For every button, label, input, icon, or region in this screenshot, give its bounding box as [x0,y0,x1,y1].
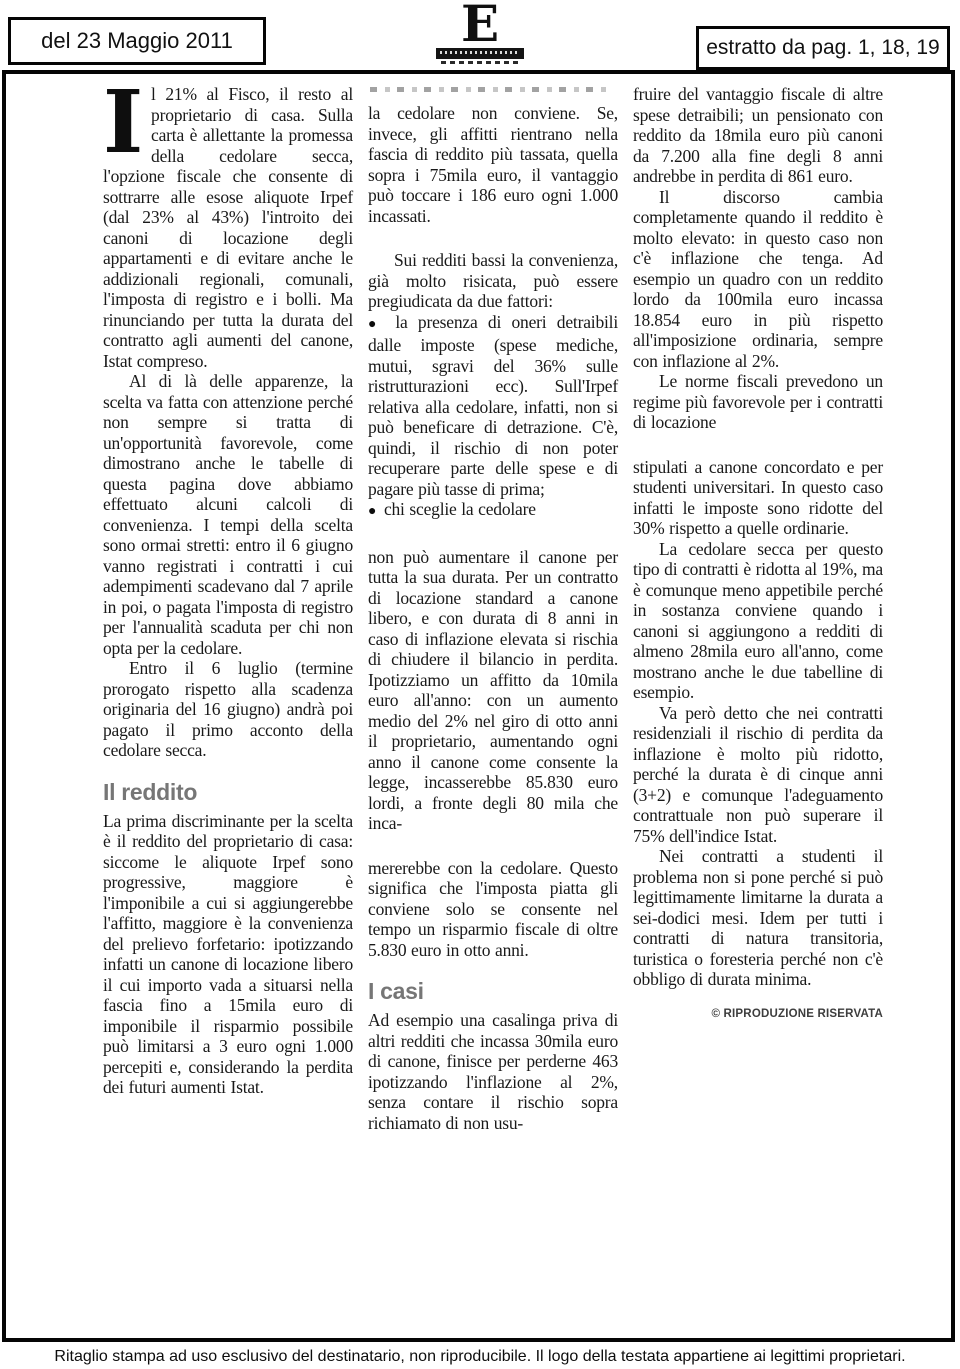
article-column-1: Il 21% al Fisco, il resto al proprietari… [103,84,353,1133]
article-lead-paragraph: Il 21% al Fisco, il resto al proprietari… [103,84,353,371]
logo-smudge-line [441,61,519,64]
article-bullet-item: ● la presenza di oneri detraibili dalle … [368,312,618,500]
publication-logo-letter: E [370,1,590,47]
drop-cap: I [103,84,151,158]
article-paragraph: Il discorso cambia completamente quando … [633,187,883,372]
press-clipping-page: del 23 Maggio 2011 E SETTIMANALE: MILANO… [0,0,960,1369]
article-bullet-item: ● chi sceglie la cedolare [368,499,618,523]
section-subhead: Il reddito [103,779,353,806]
article-paragraph: Sui redditi bassi la convenienza, già mo… [368,250,618,312]
article-clip-frame: Il 21% al Fisco, il resto al proprietari… [2,70,955,1342]
publication-logo-bar [436,48,524,59]
article-paragraph: non può aumentare il canone per tutta la… [368,547,618,834]
article-paragraph: Nei contratti a studenti il problema non… [633,846,883,990]
article-paragraph: fruire del vantaggio fiscale di altre sp… [633,84,883,187]
article-paragraph: la cedolare non conviene. Se, invece, gl… [368,103,618,226]
page-reference-box: estratto da pag. 1, 18, 19 [696,26,950,70]
article-paragraph: La cedolare secca per questo tipo di con… [633,539,883,703]
copyright-notice: © RIPRODUZIONE RISERVATA [633,1008,883,1020]
bullet-icon: ● [368,317,382,332]
article-paragraph: Ad esempio una casalinga priva di altri … [368,1010,618,1133]
bullet-icon: ● [368,504,376,519]
logo-bar-text-placeholder [440,51,520,54]
article-paragraph: mererebbe con la cedolare. Questo signif… [368,858,618,961]
section-subhead: I casi [368,978,618,1005]
article-columns: Il 21% al Fisco, il resto al proprietari… [6,74,951,1133]
article-paragraph: Va però detto che nei contratti residenz… [633,703,883,847]
article-paragraph: La prima discriminante per la scelta è i… [103,811,353,1098]
article-paragraph: Entro il 6 luglio (termine prorogato ris… [103,658,353,761]
clipping-disclaimer: Ritaglio stampa ad uso esclusivo del des… [0,1348,960,1366]
article-column-3: fruire del vantaggio fiscale di altre sp… [633,84,883,1133]
article-paragraph: stipulati a canone concordato e per stud… [633,457,883,539]
article-column-2: la cedolare non conviene. Se, invece, gl… [368,84,618,1133]
clipping-date-box: del 23 Maggio 2011 [8,17,266,65]
article-paragraph: Le norme fiscali prevedono un regime più… [633,371,883,433]
cutoff-text-line [370,87,612,92]
page-reference: estratto da pag. 1, 18, 19 [706,36,940,60]
article-paragraph: Al di là delle apparenze, la scelta va f… [103,371,353,658]
clipping-date: del 23 Maggio 2011 [41,28,233,54]
